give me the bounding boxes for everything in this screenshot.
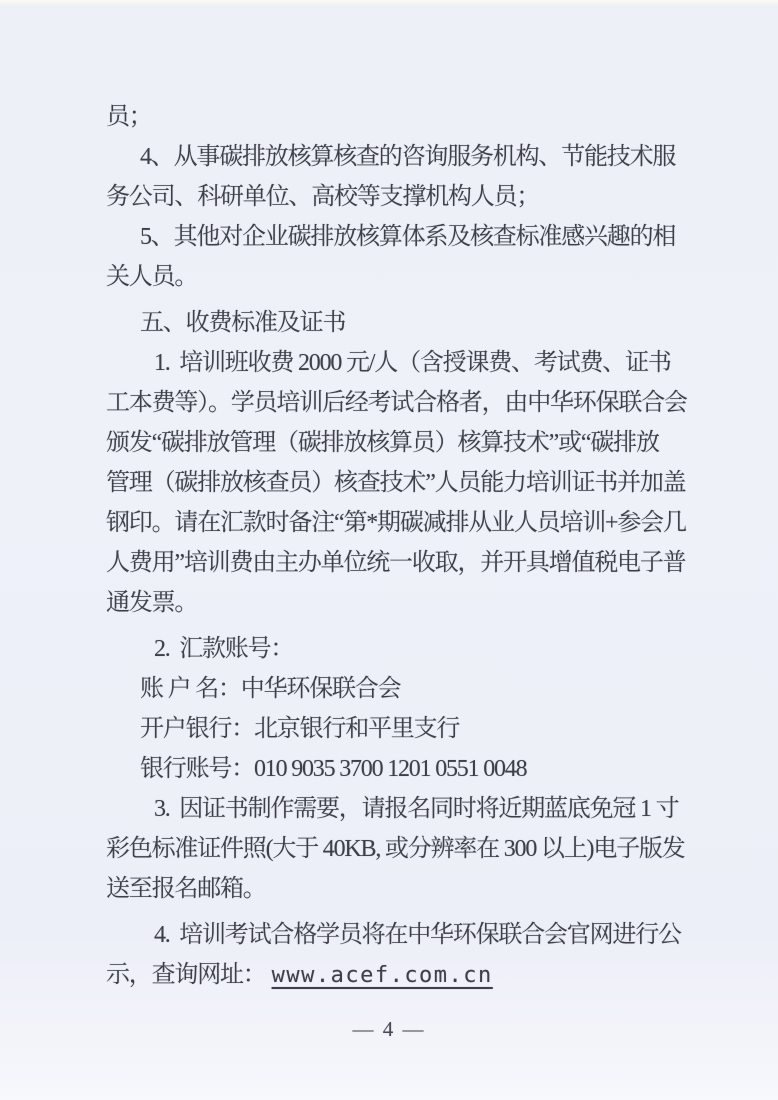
line-text: 示，查询网址： (106, 962, 266, 988)
line-text: 开户银行：北京银行和平里支行 (140, 716, 459, 742)
line-text: 5、其他对企业碳排放核算体系及核查标准感兴趣的相 (140, 224, 675, 250)
line-text: 1. 培训班收费 2000 元/人（含授课费、考试费、证书 (154, 350, 671, 376)
document-line: 务公司、科研单位、高校等支撑机构人员； (106, 177, 702, 217)
line-text: 账 户 名：中华环保联合会 (140, 676, 400, 702)
line-text: 通发票。 (106, 590, 197, 616)
document-line: 颁发“碳排放管理（碳排放核算员）核算技术”或“碳排放 (106, 423, 702, 463)
document-line: 送至报名邮箱。 (106, 869, 702, 909)
document-line: 员； (106, 97, 702, 137)
document-line: 人费用”培训费由主办单位统一收取，并开具增值税电子普 (106, 543, 702, 583)
document-line: 账 户 名：中华环保联合会 (106, 669, 702, 709)
line-text: 务公司、科研单位、高校等支撑机构人员； (106, 184, 539, 210)
document-line: 通发票。 (106, 583, 702, 623)
document-line: 1. 培训班收费 2000 元/人（含授课费、考试费、证书 (106, 343, 702, 383)
document-line: 钢印。请在汇款时备注“第*期碳减排从业人员培训+参会几 (106, 503, 702, 543)
document-line: 银行账号：010 9035 3700 1201 0551 0048 (106, 749, 702, 789)
line-text: 2. 汇款账号： (154, 636, 293, 662)
line-text: 颁发“碳排放管理（碳排放核算员）核算技术”或“碳排放 (106, 430, 659, 456)
document-line: 工本费等）。学员培训后经考试合格者，由中华环保联合会 (106, 383, 702, 423)
document-line: 管理（碳排放核查员）核查技术”人员能力培训证书并加盖 (106, 463, 702, 503)
line-text: 3. 因证书制作需要，请报名同时将近期蓝底免冠 1 寸 (154, 796, 678, 822)
document-line: 4. 培训考试合格学员将在中华环保联合会官网进行公 (106, 915, 702, 955)
line-text: 人费用”培训费由主办单位统一收取，并开具增值税电子普 (106, 550, 685, 576)
document-line: 关人员。 (106, 257, 702, 297)
document-line: 5、其他对企业碳排放核算体系及核查标准感兴趣的相 (106, 217, 702, 257)
document-line: 五、收费标准及证书 (106, 303, 702, 343)
line-text: 关人员。 (106, 264, 197, 290)
page-number: — 4 — (0, 1014, 778, 1044)
document-line: 3. 因证书制作需要，请报名同时将近期蓝底免冠 1 寸 (106, 789, 702, 829)
line-text: 彩色标准证件照(大于 40KB, 或分辨率在 300 以上)电子版发 (106, 836, 685, 862)
line-text: 管理（碳排放核查员）核查技术”人员能力培训证书并加盖 (106, 470, 685, 496)
document-line: 2. 汇款账号： (106, 629, 702, 669)
document-line: 示，查询网址：www.acef.com.cn (106, 955, 702, 995)
document-line: 彩色标准证件照(大于 40KB, 或分辨率在 300 以上)电子版发 (106, 829, 702, 869)
line-text: 4. 培训考试合格学员将在中华环保联合会官网进行公 (154, 922, 681, 948)
document-line: 开户银行：北京银行和平里支行 (106, 709, 702, 749)
document-text-block: 员；4、从事碳排放核算核查的咨询服务机构、节能技术服务公司、科研单位、高校等支撑… (106, 97, 702, 995)
scanned-document-page: 员；4、从事碳排放核算核查的咨询服务机构、节能技术服务公司、科研单位、高校等支撑… (0, 0, 778, 1100)
acef-website-link[interactable]: www.acef.com.cn (266, 963, 493, 988)
line-text: 钢印。请在汇款时备注“第*期碳减排从业人员培训+参会几 (106, 510, 686, 536)
line-text: 4、从事碳排放核算核查的咨询服务机构、节能技术服 (140, 144, 675, 170)
line-text: 员； (106, 104, 152, 130)
line-text: 银行账号：010 9035 3700 1201 0551 0048 (140, 756, 526, 782)
document-line: 4、从事碳排放核算核查的咨询服务机构、节能技术服 (106, 137, 702, 177)
line-text: 送至报名邮箱。 (106, 876, 266, 902)
line-text: 五、收费标准及证书 (140, 310, 345, 336)
line-text: 工本费等）。学员培训后经考试合格者，由中华环保联合会 (106, 390, 687, 416)
